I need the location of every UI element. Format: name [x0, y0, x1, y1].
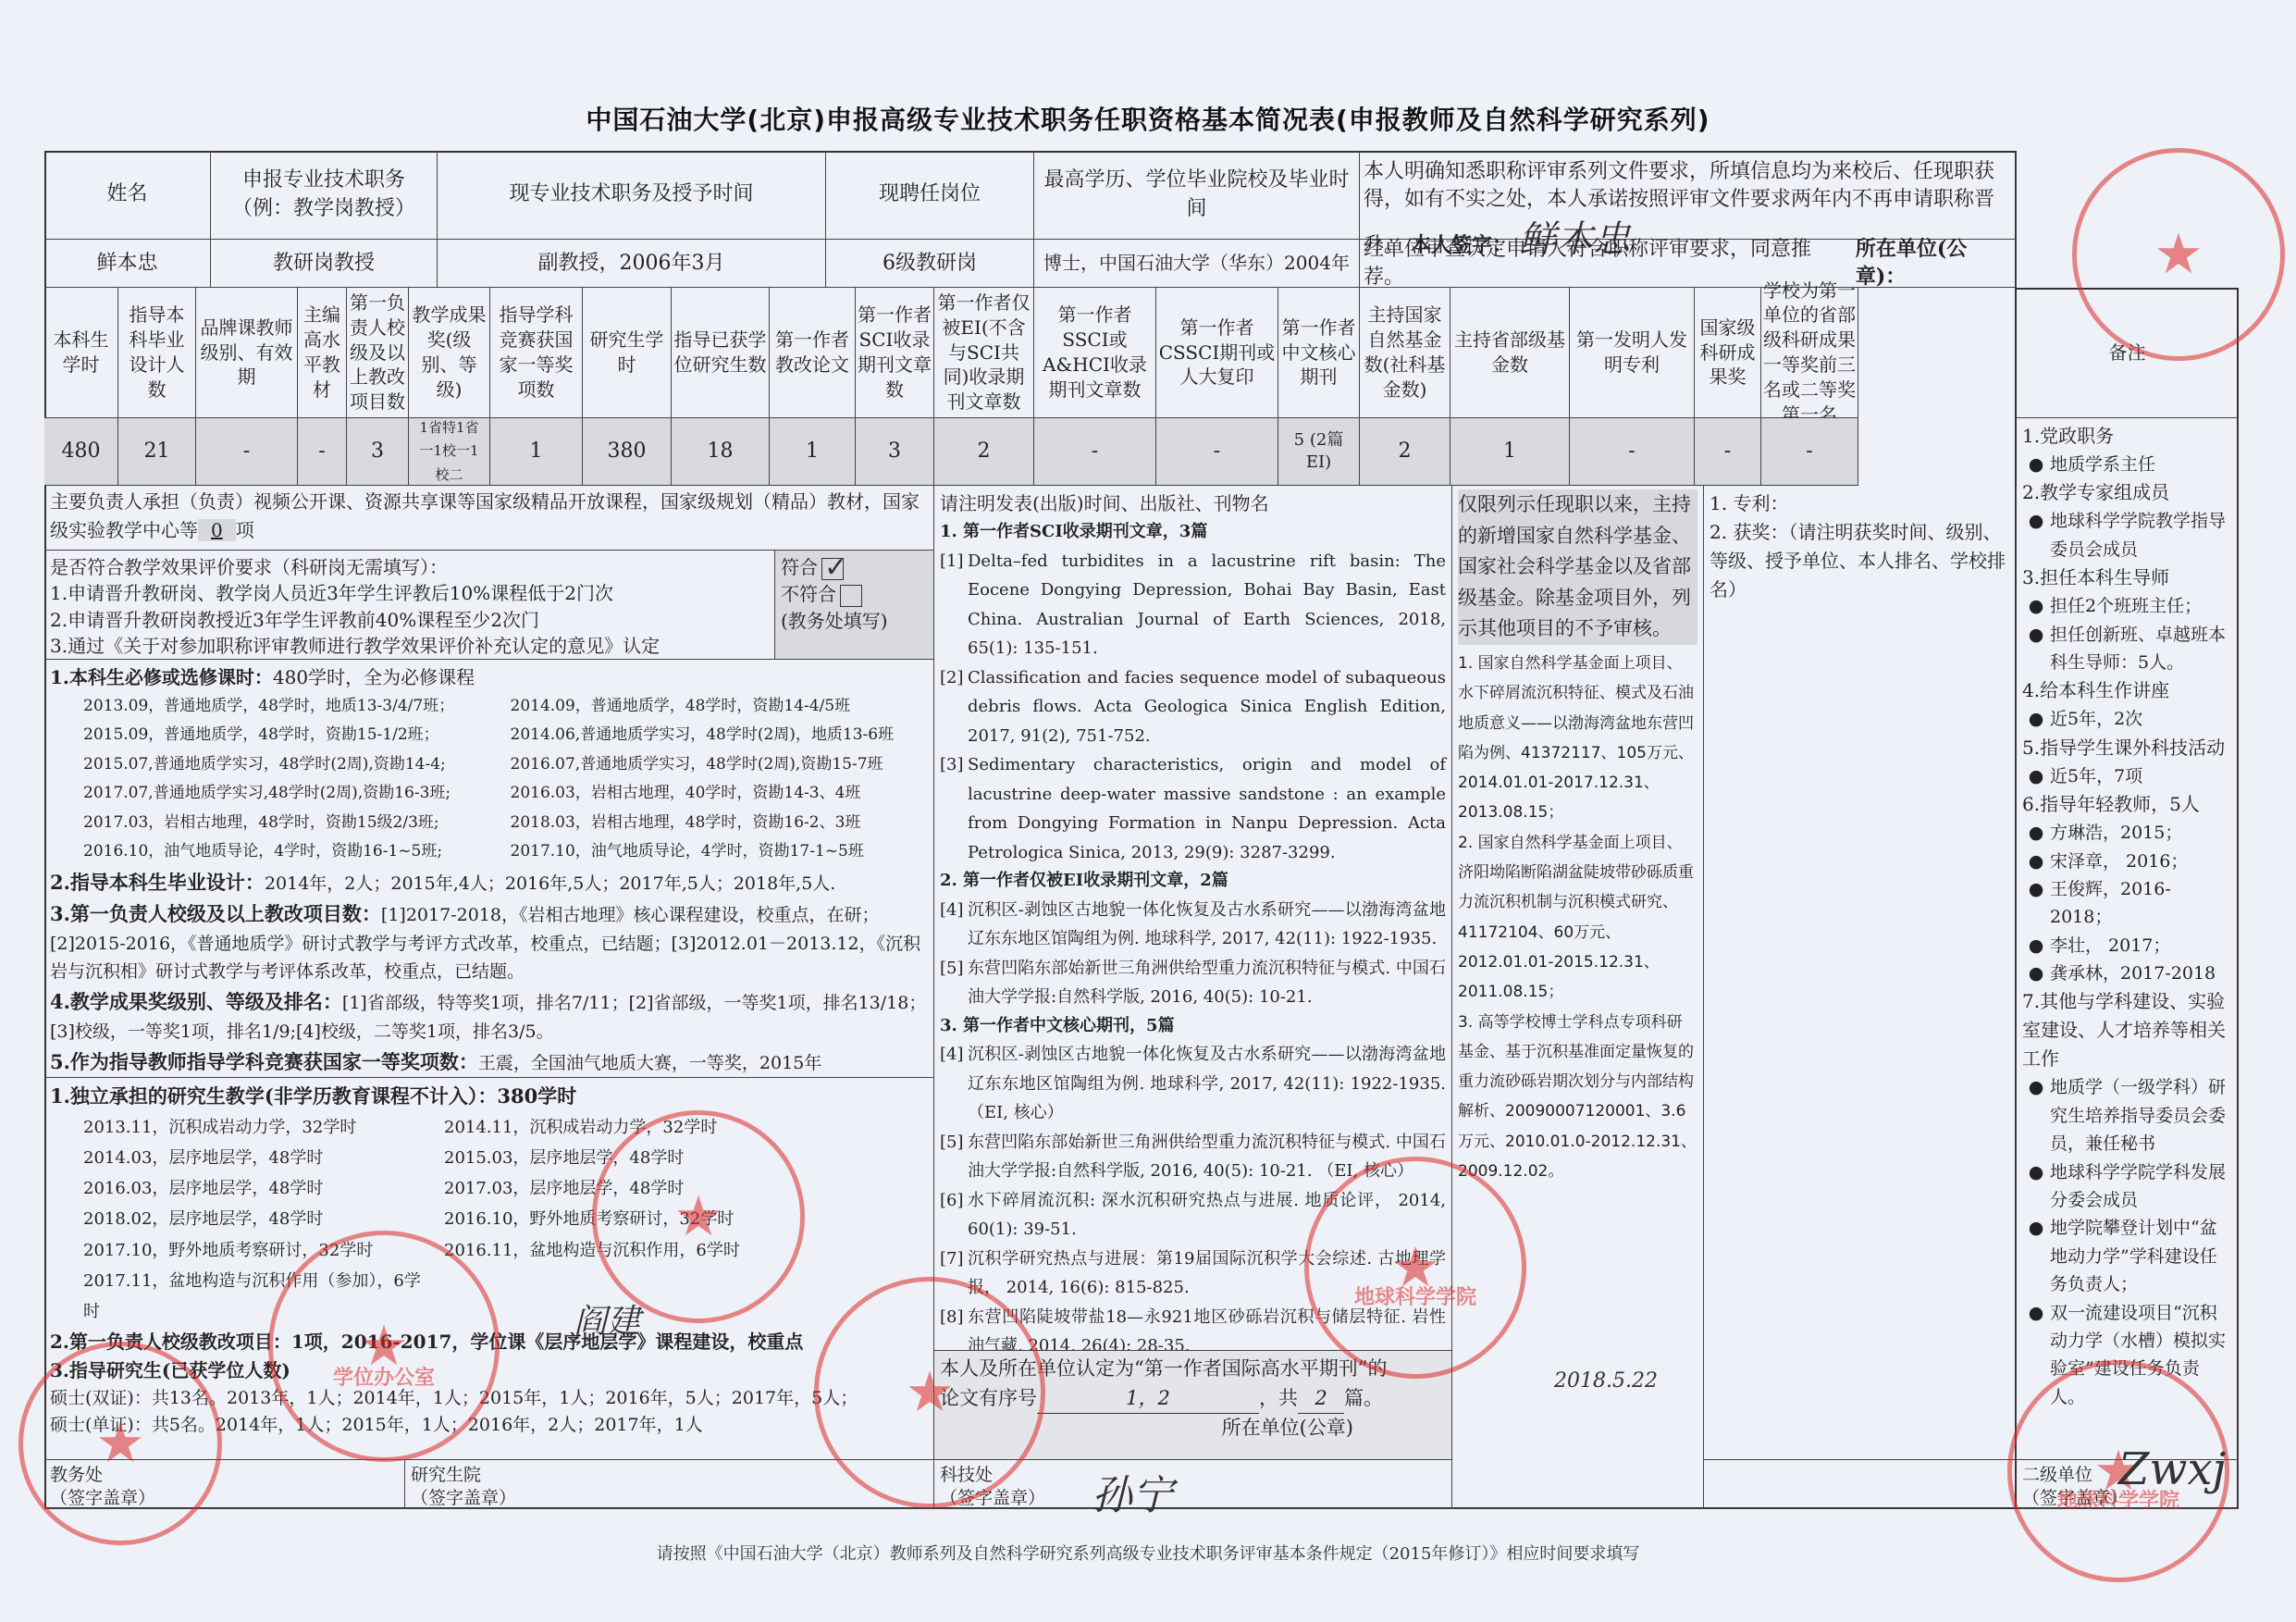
current-position: 副教授，2006年3月	[438, 240, 826, 288]
header-name-label: 姓名	[44, 151, 211, 240]
stats-col-header: 第一作者中文核心期刊	[1278, 288, 1360, 418]
unit-seal-label: 所在单位(公章)：	[1856, 236, 2012, 291]
stats-col-header: 第一作者SCI收录期刊文章数	[856, 288, 934, 418]
paper-ref-number: [2]	[940, 663, 968, 751]
intl-total-prefix: ，共	[1259, 1387, 1298, 1409]
stats-col-header: 第一发明人发明专利	[1570, 288, 1695, 418]
remark-group-title: 2.教学专家组成员	[2022, 478, 2232, 507]
teaching-item-label: 4.教学成果奖级别、等级及排名：	[50, 990, 342, 1013]
remark-item: ●地质学（一级学科）研究生培养指导委员会委员，兼任秘书	[2022, 1073, 2232, 1158]
paper-ref-number: [6]	[940, 1186, 968, 1244]
remark-item: ●近5年，2次	[2022, 705, 2232, 733]
funds-note: 仅限列示任现职以来，主持的新增国家自然科学基金、国家社会科学基金以及省部级基金。…	[1458, 489, 1697, 645]
paper-ref-text: 东营凹陷东部始新世三角洲供给型重力流沉积特征与模式. 中国石油大学学报:自然科学…	[968, 1128, 1446, 1186]
paper-ref-number: [5]	[940, 1128, 968, 1186]
undergrad-title: 1.本科生必修或选修课时：	[50, 666, 273, 688]
undergrad-course: 2018.03，岩相古地理，48学时，资勘16-2、3班	[511, 809, 929, 837]
intl-numbers: 1，2	[1037, 1384, 1259, 1415]
remark-item: ●地球科学学院学科发展分委会成员	[2022, 1158, 2232, 1215]
undergrad-course: 2014.09，普通地质学，48学时，资勘14-4/5班	[511, 692, 929, 721]
stats-col-value: -	[298, 418, 347, 486]
stats-col-value: 2	[934, 418, 1034, 486]
paper-ref: [5]东营凹陷东部始新世三角洲供给型重力流沉积特征与模式. 中国石油大学学报:自…	[940, 954, 1446, 1012]
remark-group-title: 3.担任本科生导师	[2022, 563, 2232, 592]
stats-col-header: 教学成果奖(级别、等级)	[409, 288, 490, 418]
stats-col-header: 品牌课教师级别、有效期	[196, 288, 298, 418]
paper-ref-number: [3]	[940, 750, 968, 867]
eval-yes-checkbox[interactable]	[821, 558, 844, 580]
graduate-course: 2017.03，层序地层学，48学时	[444, 1173, 928, 1204]
teaching-item-text: 2014年，2人；2015年,4人；2016年,5人；2017年,5人；2018…	[265, 873, 835, 894]
remark-item: ●龚承林，2017-2018	[2022, 960, 2232, 987]
secondary-unit-label: 二级单位	[2022, 1464, 2232, 1487]
stats-col-value: -	[1570, 418, 1695, 486]
paper-ref-number: [5]	[940, 954, 968, 1012]
stats-col-value: -	[1156, 418, 1278, 486]
remark-item-text: 地球科学学院学科发展分委会成员	[2050, 1158, 2232, 1215]
bullet-icon: ●	[2022, 848, 2050, 875]
intl-seal: 所在单位(公章)	[940, 1414, 1446, 1443]
bullet-icon: ●	[2022, 451, 2050, 478]
sci-tech-signoff: 科技处 （签字盖章）	[934, 1460, 1452, 1509]
stats-col-value: -	[1761, 418, 1858, 486]
remark-item-text: 方琳浩，2015；	[2050, 819, 2182, 847]
undergrad-teaching-cell: 1.本科生必修或选修课时：480学时，全为必修课程 2013.09，普通地质学，…	[44, 660, 934, 1078]
paper-ref-text: 沉积学研究热点与进展：第19届国际沉积学大会综述. 古地理学报， 2014, 1…	[968, 1244, 1446, 1303]
graduate-course: 2015.03，层序地层学，48学时	[444, 1143, 928, 1173]
teaching-eval-item-3: 3.通过《关于对参加职称评审教师进行教学效果评价补充认定的意见》认定	[50, 633, 769, 659]
fund-item: 1. 国家自然科学基金面上项目、水下碎屑流沉积特征、模式及石油地质意义——以渤海…	[1458, 649, 1697, 828]
remark-item: ●地质学系主任	[2022, 451, 2232, 478]
teaching-item: 2.指导本科生毕业设计：2014年，2人；2015年,4人；2016年,5人；2…	[50, 867, 928, 898]
document-title: 中国石油大学(北京)申报高级专业技术职务任职资格基本简况表(申报教师及自然科学研…	[0, 100, 2296, 137]
undergrad-course-list: 2013.09，普通地质学，48学时，地质13-3/4/7班；2014.09，普…	[50, 692, 928, 867]
paper-section-heading: 3. 第一作者中文核心期刊，5篇	[940, 1012, 1446, 1041]
stats-col-value: 380	[583, 418, 672, 486]
paper-ref-number: [4]	[940, 896, 968, 954]
paper-ref: [6]水下碎屑流沉积: 深水沉积研究热点与进展. 地质论评， 2014, 60(…	[940, 1186, 1446, 1244]
bullet-icon: ●	[2022, 621, 2050, 677]
stats-col-value: 21	[118, 418, 196, 486]
bullet-icon: ●	[2022, 875, 2050, 932]
stats-col-value: 5 (2篇EI)	[1278, 418, 1360, 486]
teaching-item: 3.第一负责人校级及以上教改项目数：[1]2017-2018，《岩相古地理》核心…	[50, 898, 928, 987]
fund-item: 3. 高等学校博士学科点专项科研基金、基于沉积基准面定量恢复的重力流砂砾岩期次划…	[1458, 1008, 1697, 1187]
stats-col-header: 第一作者SSCI或A&HCI收录期刊文章数	[1034, 288, 1156, 418]
intl-journal-cell: 本人及所在单位认定为“第一作者国际高水平期刊”的 论文有序号1，2，共2篇。 所…	[934, 1351, 1452, 1460]
paper-ref-text: 东营凹陷陡坡带盐18—永921地区砂砾岩沉积与储层特征. 岩性油气藏, 2014…	[968, 1303, 1446, 1351]
masters-double: 硕士(双证)：共13名。2013年，1人；2014年，1人；2015年，1人；2…	[50, 1385, 928, 1412]
undergrad-course: 2013.09，普通地质学，48学时，地质13-3/4/7班；	[83, 692, 501, 721]
graduate-title: 1.独立承担的研究生教学(非学历教育课程不计入）：380学时	[50, 1082, 928, 1112]
teaching-eval-item-2: 2.申请晋升教研岗教授近3年学生评教前40%课程至少2次门	[50, 607, 769, 633]
remark-item-text: 近5年，7项	[2050, 762, 2142, 790]
bullet-icon: ●	[2022, 819, 2050, 847]
bullet-icon: ●	[2022, 960, 2050, 987]
paper-ref: [2]Classification and facies sequence mo…	[940, 663, 1446, 751]
stats-col-value: 3	[347, 418, 409, 486]
intl-total-suffix: 篇。	[1344, 1387, 1383, 1409]
remark-item-text: 地学院攀登计划中“盆地动力学”学科建设任务负责人；	[2050, 1214, 2232, 1298]
remark-item-text: 宋泽章， 2016；	[2050, 848, 2188, 875]
teaching-eval-result-cell: 符合 不符合 (教务处填写)	[775, 551, 934, 660]
unit-review-cell: 经单位审查认定申请人符合职称评审要求，同意推荐。 所在单位(公章)：	[1360, 240, 2017, 288]
paper-ref-text: 水下碎屑流沉积: 深水沉积研究热点与进展. 地质论评， 2014, 60(1):…	[968, 1186, 1446, 1244]
stats-col-header: 主编高水平教材	[298, 288, 347, 418]
current-post: 6级教研岗	[826, 240, 1034, 288]
remark-item-text: 王俊辉，2016-2018；	[2050, 875, 2232, 932]
secondary-unit-signoff: 二级单位 （签字盖章）	[2017, 1460, 2239, 1509]
remarks-list: 1.党政职务●地质学系主任2.教学专家组成员●地球科学学院教学指导委员会成员3.…	[2022, 422, 2232, 1411]
graduate-course: 2014.03，层序地层学，48学时	[83, 1143, 435, 1173]
header-post-label: 现聘任岗位	[826, 151, 1034, 240]
undergrad-course: 2017.10，油气地质导论，4学时，资勘17-1~5班	[511, 837, 929, 866]
papers-cell: 请注明发表(出版)时间、出版社、刊物名 1. 第一作者SCI收录期刊文章，3篇[…	[934, 486, 1452, 1351]
remark-item: ●地学院攀登计划中“盆地动力学”学科建设任务负责人；	[2022, 1214, 2232, 1298]
paper-ref: [4]沉积区-剥蚀区古地貌一体化恢复及古水系研究——以渤海湾盆地辽东东地区馆陶组…	[940, 1040, 1446, 1128]
remark-item-text: 地质学（一级学科）研究生培养指导委员会委员，兼任秘书	[2050, 1073, 2232, 1158]
stats-col-value: 1省特1省一1校一1校二	[409, 418, 490, 486]
teaching-item-text: 王震，全国油气地质大赛，一等奖，2015年	[478, 1053, 821, 1073]
graduate-course: 2016.10，野外地质考察研讨，32学时	[444, 1204, 928, 1234]
paper-ref-text: Classification and facies sequence model…	[968, 663, 1446, 751]
graduate-school-label: 研究生院	[411, 1464, 928, 1487]
teaching-eval-cell: 是否符合教学效果评价要求（科研岗无需填写）： 1.申请晋升教研岗、教学岗人员近3…	[44, 551, 775, 660]
graduate-course: 2018.02，层序地层学，48学时	[83, 1204, 435, 1234]
remark-item: ●方琳浩，2015；	[2022, 819, 2232, 847]
eval-yes-label: 符合	[781, 556, 818, 578]
stats-col-header: 第一作者教改论文	[770, 288, 856, 418]
teaching-items: 2.指导本科生毕业设计：2014年，2人；2015年,4人；2016年,5人；2…	[50, 867, 928, 1078]
applicant-name: 鲜本忠	[44, 240, 211, 288]
bullet-icon: ●	[2022, 592, 2050, 620]
remark-item: ●地球科学学院教学指导委员会成员	[2022, 507, 2232, 563]
graduate-course-list: 2013.11，沉积成岩动力学，32学时2014.11，沉积成岩动力学，32学时…	[50, 1112, 928, 1328]
intl-total: 2	[1298, 1384, 1344, 1415]
bullet-icon: ●	[2022, 1073, 2050, 1158]
remark-item: ●担任创新班、卓越班本科生导师：5人。	[2022, 621, 2232, 677]
bullet-icon: ●	[2022, 932, 2050, 960]
stats-col-value: 1	[1450, 418, 1570, 486]
undergrad-value: 480学时，全为必修课程	[273, 666, 475, 688]
paper-ref-text: Sedimentary characteristics, origin and …	[968, 750, 1446, 867]
award-label: 2. 获奖：（请注明获奖时间、级别、等级、授予单位、本人排名、学校排名）	[1710, 518, 2010, 604]
eval-no-checkbox[interactable]	[840, 585, 862, 607]
remark-item-text: 担任创新班、卓越班本科生导师：5人。	[2050, 621, 2232, 677]
papers-note: 请注明发表(出版)时间、出版社、刊物名	[940, 489, 1446, 518]
paper-ref-text: 东营凹陷东部始新世三角洲供给型重力流沉积特征与模式. 中国石油大学学报:自然科学…	[968, 954, 1446, 1012]
awards-cell: 1. 专利： 2. 获奖：（请注明获奖时间、级别、等级、授予单位、本人排名、学校…	[1704, 486, 2017, 1460]
stats-col-header: 第一作者CSSCI期刊或人大复印	[1156, 288, 1278, 418]
stats-col-value: 2	[1360, 418, 1450, 486]
paper-ref-text: 沉积区-剥蚀区古地貌一体化恢复及古水系研究——以渤海湾盆地辽东东地区馆陶组为例.…	[968, 896, 1446, 954]
stats-col-value: -	[1695, 418, 1761, 486]
stats-col-header: 研究生学时	[583, 288, 672, 418]
remark-item-text: 地质学系主任	[2050, 451, 2155, 478]
stats-col-header: 学校为第一单位的省部级科研成果一等奖前三名或二等奖第一名	[1761, 288, 1858, 418]
stats-col-value: 480	[44, 418, 118, 486]
paper-ref: [7]沉积学研究热点与进展：第19届国际沉积学大会综述. 古地理学报， 2014…	[940, 1244, 1446, 1303]
remark-item-text: 担任2个班班主任；	[2050, 592, 2202, 620]
header-applied-label: 申报专业技术职务（例：教学岗教授）	[211, 151, 438, 240]
stats-col-value: 1	[770, 418, 856, 486]
national-courses-count: 0	[198, 519, 236, 541]
header-current-label: 现专业技术职务及授予时间	[438, 151, 826, 240]
undergrad-course: 2014.06,普通地质学实习，48学时(2周)，地质13-6班	[511, 721, 929, 749]
bullet-icon: ●	[2022, 1299, 2050, 1412]
remark-group-title: 4.给本科生作讲座	[2022, 676, 2232, 705]
graduate-school-seal: （签字盖章）	[411, 1487, 928, 1509]
graduate-course	[444, 1266, 928, 1328]
paper-ref: [5]东营凹陷东部始新世三角洲供给型重力流沉积特征与模式. 中国石油大学学报:自…	[940, 1128, 1446, 1186]
paper-ref-text: 沉积区-剥蚀区古地貌一体化恢复及古水系研究——以渤海湾盆地辽东东地区馆陶组为例.…	[968, 1040, 1446, 1128]
teaching-item: 4.教学成果奖级别、等级及排名：[1]省部级，特等奖1项，排名7/11；[2]省…	[50, 986, 928, 1046]
stats-col-header: 主持国家自然基金数(社科基金数)	[1360, 288, 1450, 418]
stats-col-value: -	[196, 418, 298, 486]
bullet-icon: ●	[2022, 1158, 2050, 1215]
national-courses-unit: 项	[236, 519, 254, 541]
academic-affairs-seal: （签字盖章）	[50, 1487, 399, 1509]
remark-group-title: 5.指导学生课外科技活动	[2022, 734, 2232, 762]
teaching-eval-title: 是否符合教学效果评价要求（科研岗无需填写）：	[50, 554, 769, 580]
secondary-unit-seal: （签字盖章）	[2022, 1487, 2232, 1509]
bullet-icon: ●	[2022, 507, 2050, 563]
bullet-icon: ●	[2022, 762, 2050, 790]
teaching-item: 5.作为指导教师指导学科竞赛获国家一等奖项数：王震，全国油气地质大赛，一等奖，2…	[50, 1046, 928, 1078]
remark-item-text: 李壮， 2017；	[2050, 932, 2170, 960]
stats-col-header: 指导本科毕业设计人数	[118, 288, 196, 418]
funds-cell: 仅限列示任现职以来，主持的新增国家自然科学基金、国家社会科学基金以及省部级基金。…	[1452, 486, 1704, 1509]
academic-affairs-signoff: 教务处 （签字盖章）	[44, 1460, 405, 1509]
paper-sections: 1. 第一作者SCI收录期刊文章，3篇[1]Delta–fed turbidit…	[940, 518, 1446, 1351]
stats-col-header: 主持省部级基金数	[1450, 288, 1570, 418]
sci-tech-label: 科技处	[940, 1464, 1446, 1487]
remark-group-title: 6.指导年轻教师，5人	[2022, 790, 2232, 819]
remark-item: ●宋泽章， 2016；	[2022, 848, 2232, 875]
graduate-teaching-cell: 1.独立承担的研究生教学(非学历教育课程不计入）：380学时 2013.11，沉…	[44, 1078, 934, 1460]
remark-item: ●近5年，7项	[2022, 762, 2232, 790]
graduate-course: 2017.11，盆地构造与沉积作用（参加），6学时	[83, 1266, 435, 1328]
undergrad-course: 2016.10，油气地质导论，4学时，资勘16-1~5班;	[83, 837, 501, 866]
remarks-cell: 1.党政职务●地质学系主任2.教学专家组成员●地球科学学院教学指导委员会成员3.…	[2017, 418, 2239, 1460]
paper-ref-number: [1]	[940, 547, 968, 663]
paper-ref-number: [8]	[940, 1303, 968, 1351]
stats-col-header: 指导已获学位研究生数	[672, 288, 770, 418]
bullet-icon: ●	[2022, 705, 2050, 733]
remark-group-title: 7.其他与学科建设、实验室建设、人才培养等相关工作	[2022, 987, 2232, 1073]
paper-ref: [3]Sedimentary characteristics, origin a…	[940, 750, 1446, 867]
paper-ref: [8]东营凹陷陡坡带盐18—永921地区砂砾岩沉积与储层特征. 岩性油气藏, 2…	[940, 1303, 1446, 1351]
remark-group-title: 1.党政职务	[2022, 422, 2232, 451]
graduate-course: 2016.03，层序地层学，48学时	[83, 1173, 435, 1204]
undergrad-course: 2017.07,普通地质学实习,48学时(2周),资勘16-3班;	[83, 779, 501, 808]
paper-ref-number: [4]	[940, 1040, 968, 1128]
academic-affairs-label: 教务处	[50, 1464, 399, 1487]
stats-col-header: 第一作者仅被EI(不含与SCI共同)收录期刊文章数	[934, 288, 1034, 418]
applied-position: 教研岗教授	[211, 240, 438, 288]
bullet-icon: ●	[2022, 1214, 2050, 1298]
masters-single: 硕士(单证)：共5名。2014年，1人；2015年，1人；2016年，2人；20…	[50, 1412, 928, 1439]
undergrad-course: 2017.03，岩相古地理，48学时，资勘15级2/3班;	[83, 809, 501, 837]
remark-item-text: 双一流建设项目“沉积动力学（水槽）模拟实验室”建设任务负责人。	[2050, 1299, 2232, 1412]
eval-note: (教务处填写)	[781, 608, 928, 635]
stats-col-value: 1	[490, 418, 583, 486]
footer-note: 请按照《中国石油大学（北京）教师系列及自然科学研究系列高级专业技术职务评审基本条…	[0, 1541, 2296, 1565]
national-courses-text: 主要负责人承担（负责）视频公开课、资源共享课等国家级精品开放课程，国家级规划（精…	[50, 490, 920, 541]
fund-item: 2. 国家自然科学基金面上项目、济阳坳陷断陷湖盆陡坡带砂砾质重力流沉积机制与沉积…	[1458, 828, 1697, 1008]
teaching-eval-item-1: 1.申请晋升教研岗、教学岗人员近3年学生评教后10%课程低于2门次	[50, 580, 769, 606]
fund-items: 1. 国家自然科学基金面上项目、水下碎屑流沉积特征、模式及石油地质意义——以渤海…	[1458, 649, 1697, 1186]
paper-ref-text: Delta–fed turbidites in a lacustrine rif…	[968, 547, 1446, 663]
remark-item-text: 龚承林，2017-2018	[2050, 960, 2216, 987]
teaching-item-label: 3.第一负责人校级及以上教改项目数：	[50, 902, 381, 925]
remark-item-text: 近5年，2次	[2050, 705, 2142, 733]
teaching-item-label: 2.指导本科生毕业设计：	[50, 871, 265, 894]
remark-item: ●李壮， 2017；	[2022, 932, 2232, 960]
undergrad-course: 2016.03，岩相古地理，40学时，资勘14-3、4班	[511, 779, 929, 808]
graduate-course: 2014.11，沉积成岩动力学，32学时	[444, 1112, 928, 1143]
national-courses-cell: 主要负责人承担（负责）视频公开课、资源共享课等国家级精品开放课程，国家级规划（精…	[44, 486, 934, 551]
stats-col-header: 指导学科竞赛获国家一等奖项数	[490, 288, 583, 418]
graduate-item-2: 2.第一负责人校级教改项目：1项，2016-2017，学位课《层序地层学》课程建…	[50, 1328, 928, 1356]
intl-journal-line1: 本人及所在单位认定为“第一作者国际高水平期刊”的	[940, 1355, 1446, 1384]
undergrad-course: 2016.07,普通地质学实习，48学时(2周),资勘15-7班	[511, 750, 929, 779]
remark-item: ●双一流建设项目“沉积动力学（水槽）模拟实验室”建设任务负责人。	[2022, 1299, 2232, 1412]
highest-degree: 博士，中国石油大学（华东）2004年	[1034, 240, 1360, 288]
graduate-school-signoff: 研究生院 （签字盖章）	[405, 1460, 934, 1509]
stats-col-header: 国家级科研成果奖	[1695, 288, 1761, 418]
paper-ref-number: [7]	[940, 1244, 968, 1303]
teaching-item-label: 5.作为指导教师指导学科竞赛获国家一等奖项数：	[50, 1050, 478, 1073]
stats-col-value: 3	[856, 418, 934, 486]
graduate-item-3: 3.指导研究生(已获学位人数)	[50, 1356, 928, 1385]
intl-prefix: 论文有序号	[940, 1387, 1037, 1409]
remark-item: ●王俊辉，2016-2018；	[2022, 875, 2232, 932]
paper-ref: [4]沉积区-剥蚀区古地貌一体化恢复及古水系研究——以渤海湾盆地辽东东地区馆陶组…	[940, 896, 1446, 954]
paper-section-heading: 2. 第一作者仅被EI收录期刊文章，2篇	[940, 867, 1446, 896]
paper-ref: [1]Delta–fed turbidites in a lacustrine …	[940, 547, 1446, 663]
paper-section-heading: 1. 第一作者SCI收录期刊文章，3篇	[940, 518, 1446, 547]
header-degree-label: 最高学历、学位毕业院校及毕业时间	[1034, 151, 1360, 240]
remark-item: ●担任2个班班主任；	[2022, 592, 2232, 620]
graduate-course: 2016.11，盆地构造与沉积作用，6学时	[444, 1235, 928, 1266]
funds-sign-date: 2018.5.22	[1554, 1365, 1658, 1397]
pledge-cell: 本人明确知悉职称评审系列文件要求，所填信息均为来校后、任现职获得，如有不实之处，…	[1360, 151, 2017, 240]
stats-col-value: -	[1034, 418, 1156, 486]
graduate-course: 2013.11，沉积成岩动力学，32学时	[83, 1112, 435, 1143]
undergrad-course: 2015.07,普通地质学实习，48学时(2周),资勘14-4;	[83, 750, 501, 779]
stats-col-header: 第一负责人校级及以上教改项目数	[347, 288, 409, 418]
remark-item-text: 地球科学学院教学指导委员会成员	[2050, 507, 2232, 563]
stats-col-value: 18	[672, 418, 770, 486]
sci-tech-seal: （签字盖章）	[940, 1487, 1446, 1509]
patent-label: 1. 专利：	[1710, 489, 2010, 518]
graduate-course: 2017.10，野外地质考察研讨，32学时	[83, 1235, 435, 1266]
stats-col-header: 本科生学时	[44, 288, 118, 418]
undergrad-course: 2015.09，普通地质学，48学时，资勘15-1/2班；	[83, 721, 501, 749]
